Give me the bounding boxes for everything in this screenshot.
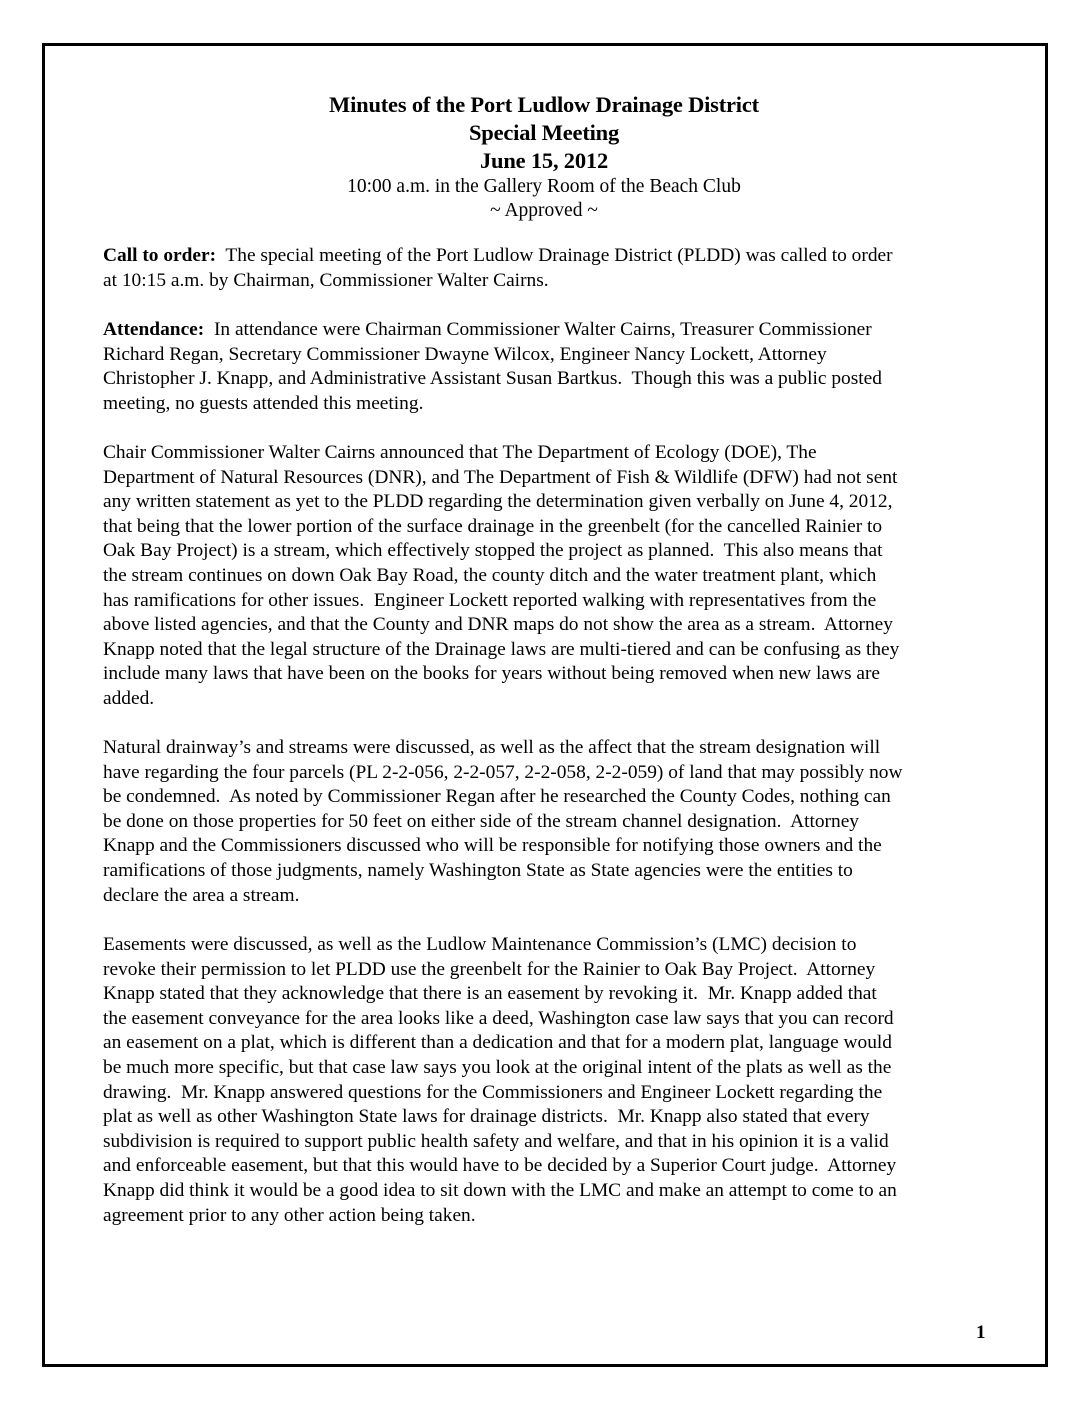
attendance-label: Attendance: xyxy=(103,319,204,340)
document-header: Minutes of the Port Ludlow Drainage Dist… xyxy=(0,91,1088,223)
paragraph-line: the stream continues on down Oak Bay Roa… xyxy=(103,564,1003,589)
paragraph-line: In attendance were Chairman Commissioner… xyxy=(204,319,871,340)
paragraph-line: Chair Commissioner Walter Cairns announc… xyxy=(103,441,1003,466)
agencies-paragraph: Chair Commissioner Walter Cairns announc… xyxy=(103,441,1003,712)
paragraph-line: that being that the lower portion of the… xyxy=(103,515,1003,540)
paragraph-line: any written statement as yet to the PLDD… xyxy=(103,490,1003,515)
paragraph-line: agreement prior to any other action bein… xyxy=(103,1204,1003,1229)
paragraph-line: Knapp stated that they acknowledge that … xyxy=(103,982,1003,1007)
paragraph-line: Christopher J. Knapp, and Administrative… xyxy=(103,367,1003,392)
call-to-order-paragraph: Call to order: The special meeting of th… xyxy=(103,244,1003,293)
paragraph-line: Oak Bay Project) is a stream, which effe… xyxy=(103,539,1003,564)
paragraph-line: Knapp noted that the legal structure of … xyxy=(103,638,1003,663)
paragraph-line: above listed agencies, and that the Coun… xyxy=(103,613,1003,638)
paragraph-line: subdivision is required to support publi… xyxy=(103,1130,1003,1155)
meeting-location: 10:00 a.m. in the Gallery Room of the Be… xyxy=(0,175,1088,199)
meeting-date: June 15, 2012 xyxy=(0,147,1088,175)
paragraph-line: Natural drainway’s and streams were disc… xyxy=(103,736,1003,761)
paragraph-line: Knapp and the Commissioners discussed wh… xyxy=(103,834,1003,859)
paragraph-line: plat as well as other Washington State l… xyxy=(103,1105,1003,1130)
paragraph-line: The special meeting of the Port Ludlow D… xyxy=(216,245,893,266)
meeting-type: Special Meeting xyxy=(0,119,1088,147)
paragraph-line: the easement conveyance for the area loo… xyxy=(103,1007,1003,1032)
paragraph-line: have regarding the four parcels (PL 2-2-… xyxy=(103,761,1003,786)
page-number: 1 xyxy=(976,1322,986,1344)
paragraph-line: declare the area a stream. xyxy=(103,884,1003,909)
paragraph-line: be done on those properties for 50 feet … xyxy=(103,810,1003,835)
paragraph-line: and enforceable easement, but that this … xyxy=(103,1154,1003,1179)
paragraph-line: an easement on a plat, which is differen… xyxy=(103,1031,1003,1056)
paragraph-line: Easements were discussed, as well as the… xyxy=(103,933,1003,958)
paragraph-line: at 10:15 a.m. by Chairman, Commissioner … xyxy=(103,269,1003,294)
document-title: Minutes of the Port Ludlow Drainage Dist… xyxy=(0,91,1088,119)
paragraph-line: drawing. Mr. Knapp answered questions fo… xyxy=(103,1081,1003,1106)
paragraph-line: meeting, no guests attended this meeting… xyxy=(103,392,1003,417)
easements-paragraph: Easements were discussed, as well as the… xyxy=(103,933,1003,1228)
paragraph-line: revoke their permission to let PLDD use … xyxy=(103,958,1003,983)
paragraph-line: be much more specific, but that case law… xyxy=(103,1056,1003,1081)
paragraph-line: Richard Regan, Secretary Commissioner Dw… xyxy=(103,343,1003,368)
paragraph-line: added. xyxy=(103,687,1003,712)
paragraph-line: Department of Natural Resources (DNR), a… xyxy=(103,466,1003,491)
paragraph-line: Knapp did think it would be a good idea … xyxy=(103,1179,1003,1204)
paragraph-line: ramifications of those judgments, namely… xyxy=(103,859,1003,884)
approval-status: ~ Approved ~ xyxy=(0,199,1088,223)
call-to-order-label: Call to order: xyxy=(103,245,216,266)
streams-paragraph: Natural drainway’s and streams were disc… xyxy=(103,736,1003,908)
paragraph-line: has ramifications for other issues. Engi… xyxy=(103,589,1003,614)
attendance-paragraph: Attendance: In attendance were Chairman … xyxy=(103,318,1003,416)
paragraph-line: include many laws that have been on the … xyxy=(103,662,1003,687)
paragraph-line: be condemned. As noted by Commissioner R… xyxy=(103,785,1003,810)
